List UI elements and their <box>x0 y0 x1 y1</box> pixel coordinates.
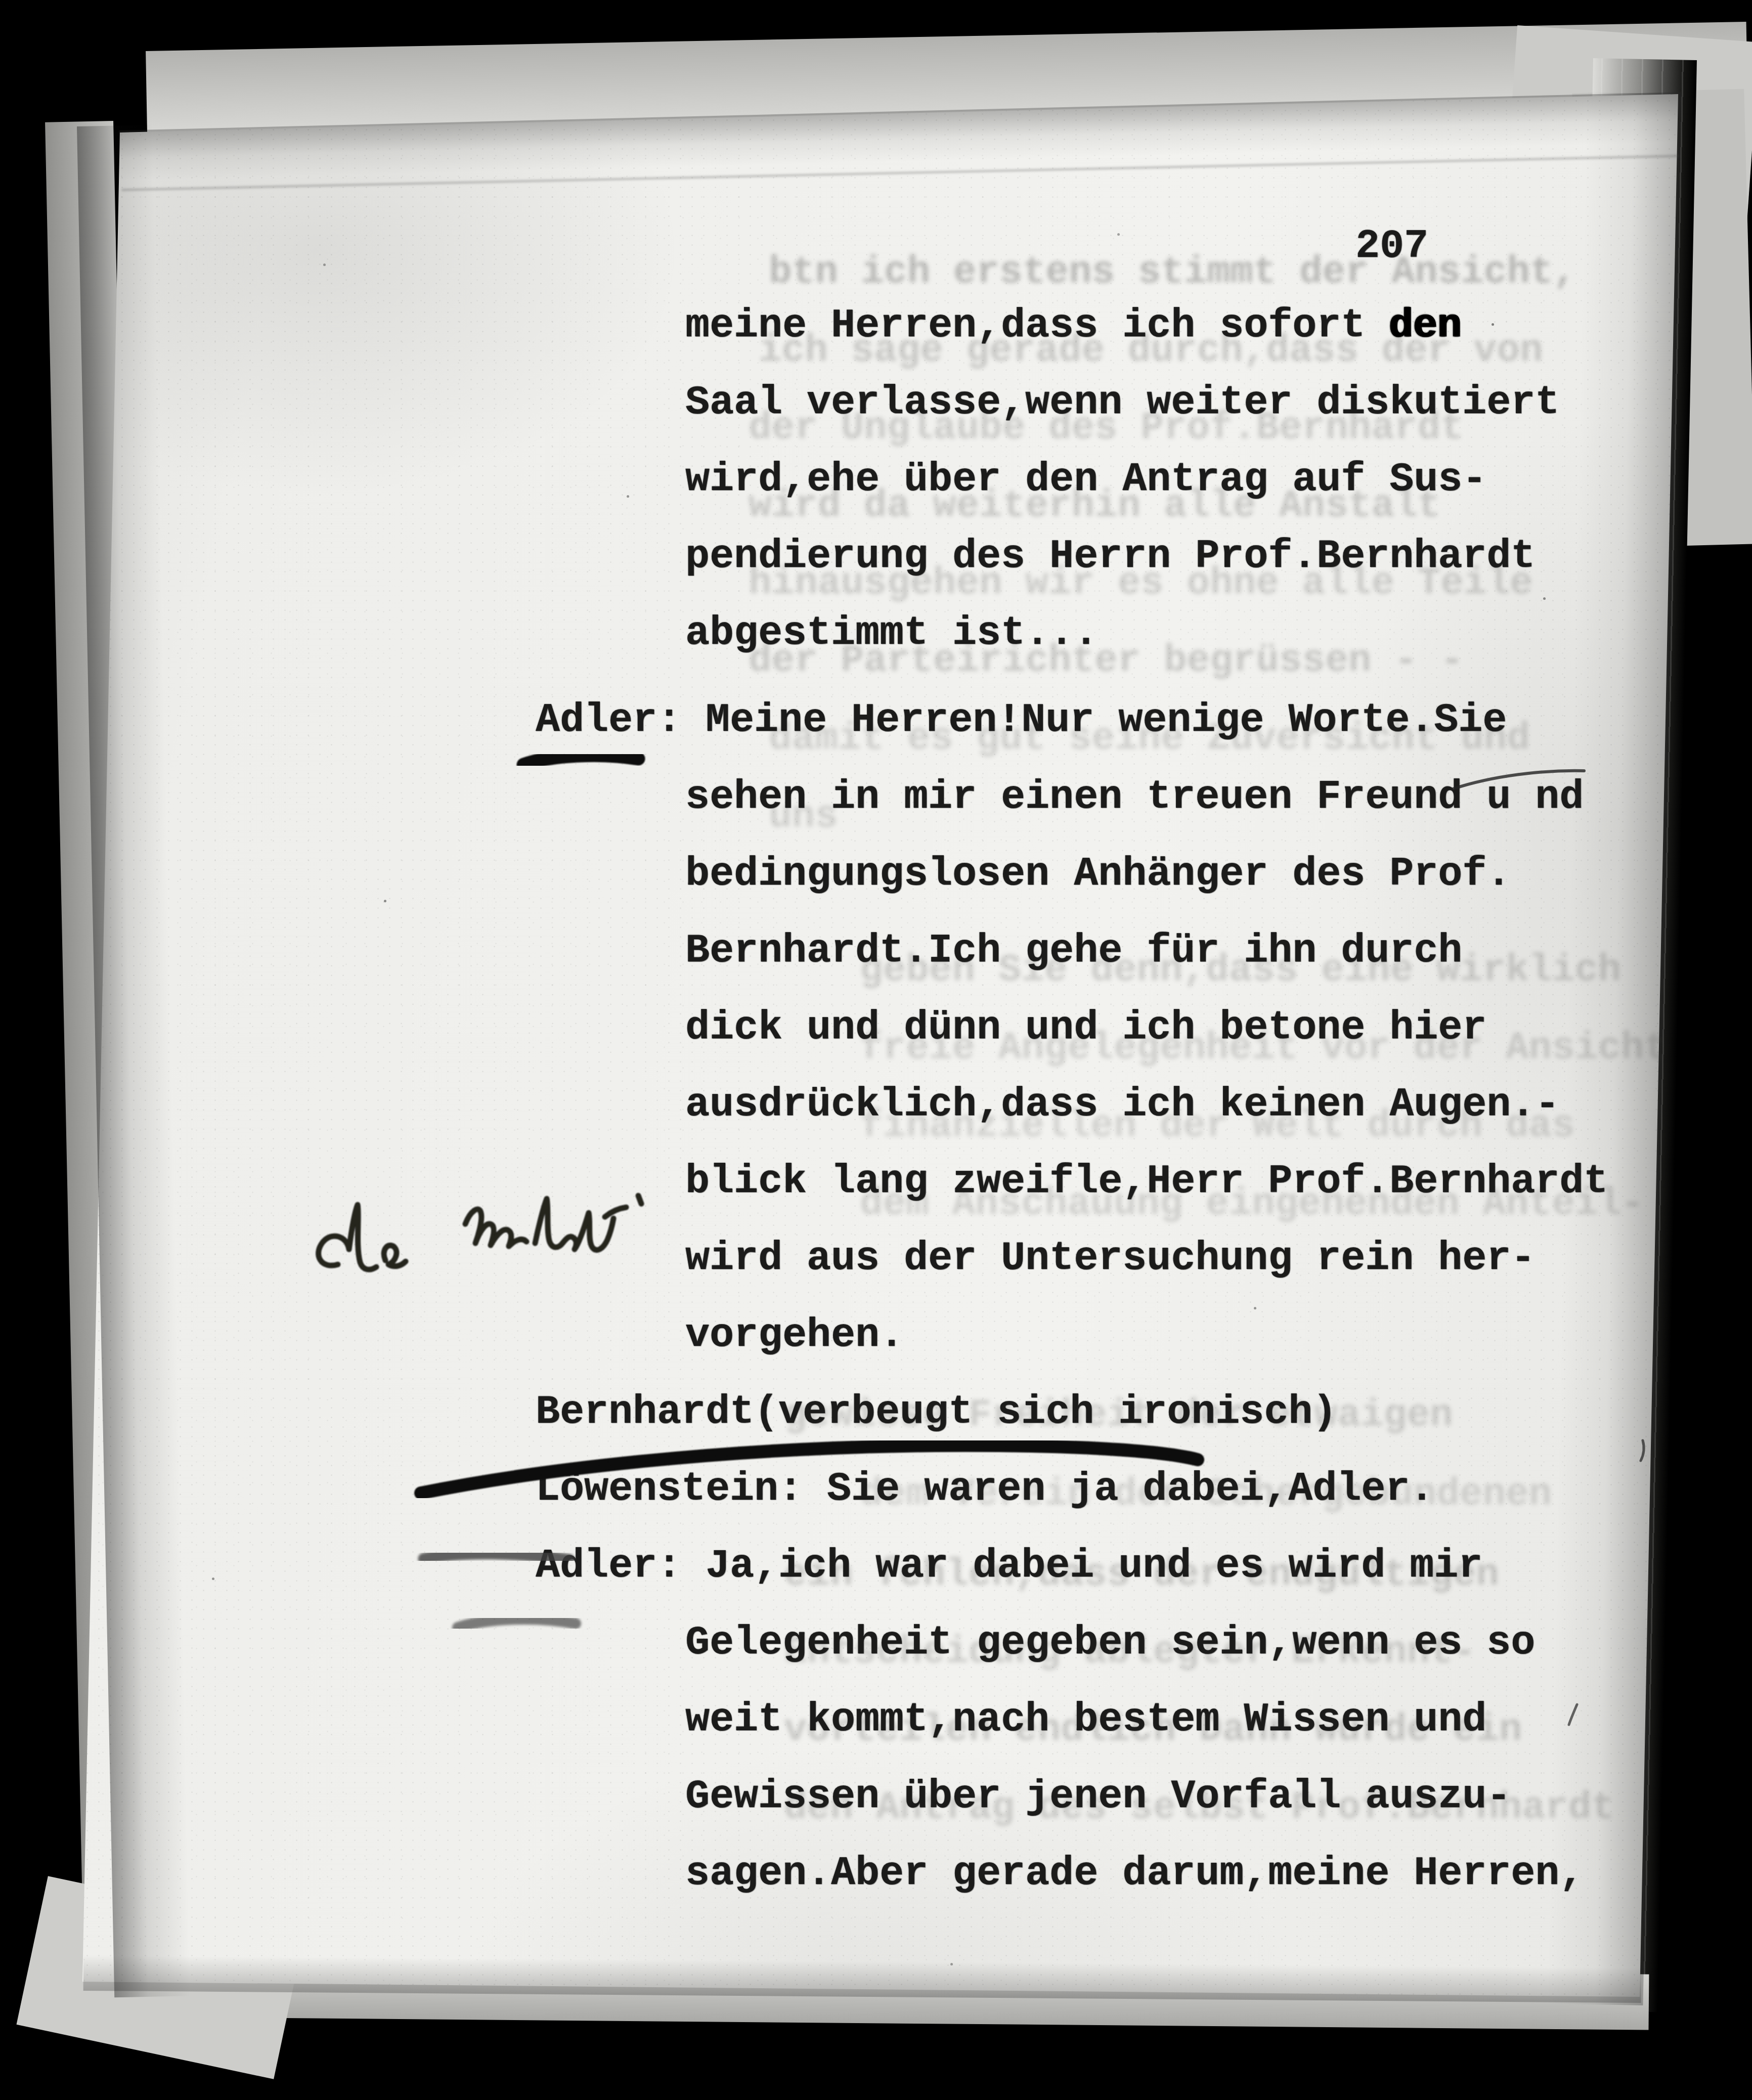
underline-bernhardt <box>421 1446 1198 1493</box>
pen-mark-freund <box>1453 771 1584 789</box>
ink-annotations-overlay <box>0 0 1752 2100</box>
scanned-typescript-photo: btn ich erstens stimmt der Ansicht, ich … <box>0 0 1752 2100</box>
pen-tick-mark <box>1641 1440 1644 1461</box>
handwritten-annotation <box>319 1196 641 1270</box>
pen-slash-mark <box>1569 1704 1577 1725</box>
underline-loewenstein <box>424 1554 569 1560</box>
underline-adler <box>523 755 638 765</box>
underline-adler-2 <box>458 1619 576 1628</box>
